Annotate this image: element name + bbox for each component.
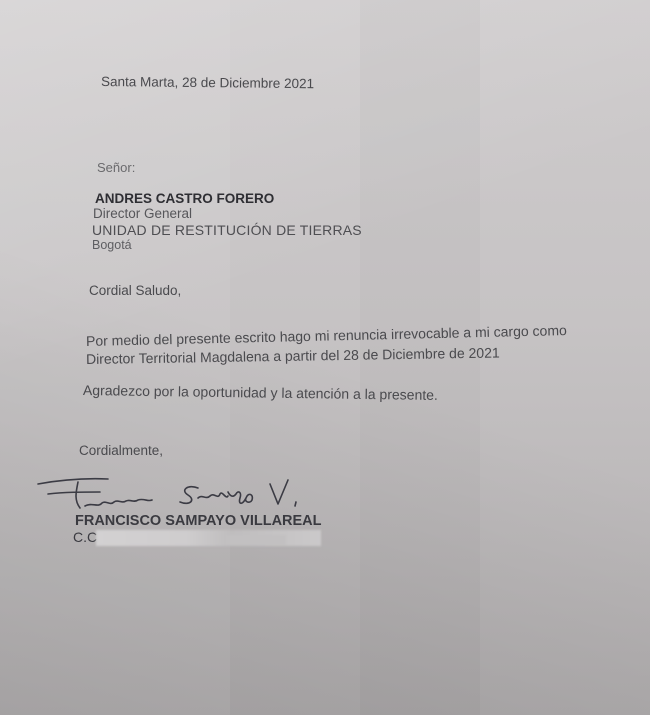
recipient-title: Director General xyxy=(93,206,192,221)
closing: Cordialmente, xyxy=(79,443,163,458)
recipient-organization: UNIDAD DE RESTITUCIÓN DE TIERRAS xyxy=(92,222,362,238)
letter-place-date: Santa Marta, 28 de Diciembre 2021 xyxy=(101,74,314,91)
id-label: C.C xyxy=(73,529,97,545)
recipient-city: Bogotá xyxy=(92,238,132,252)
redacted-id-number xyxy=(96,530,321,546)
greeting: Cordial Saludo, xyxy=(89,283,181,298)
recipient-name: ANDRES CASTRO FORERO xyxy=(95,191,274,206)
salutation-title: Señor: xyxy=(97,160,135,175)
signer-name: FRANCISCO SAMPAYO VILLAREAL xyxy=(75,513,322,529)
